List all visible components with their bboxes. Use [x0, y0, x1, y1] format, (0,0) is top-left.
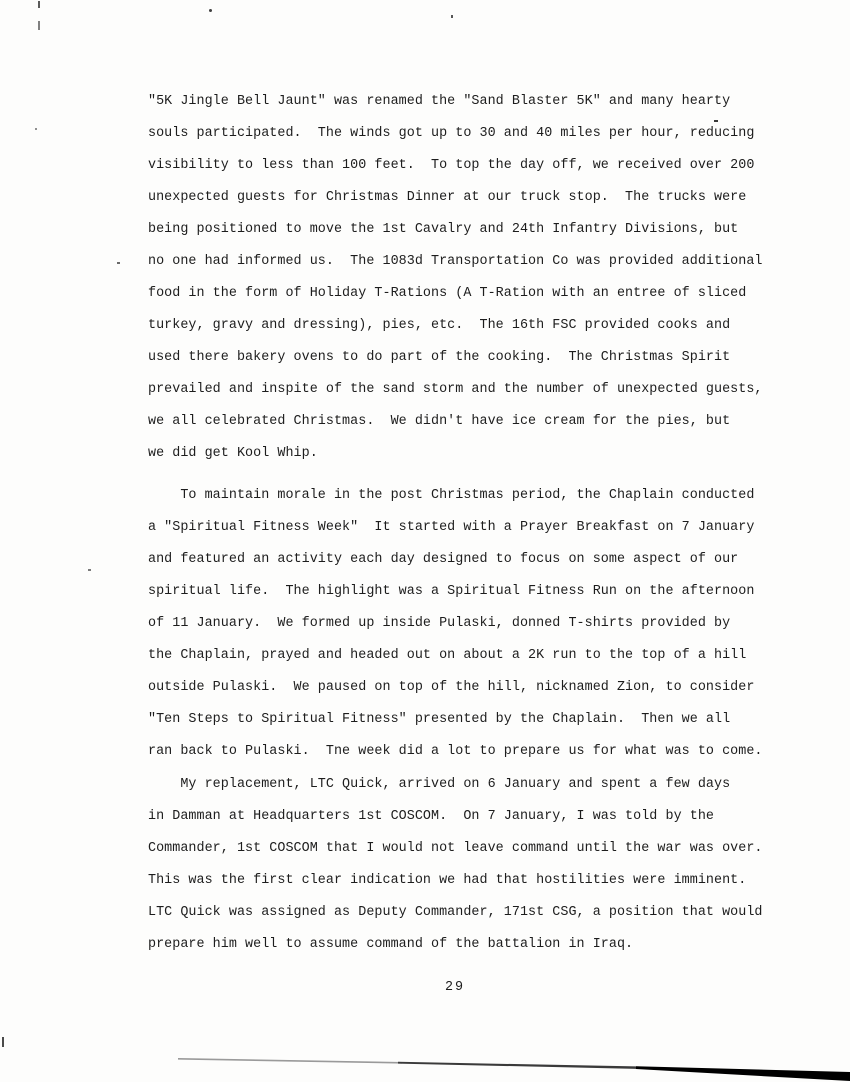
scan-speck — [714, 120, 718, 122]
scan-speck — [38, 1, 40, 8]
scan-speck — [2, 1037, 4, 1047]
paragraph-1: "5K Jingle Bell Jaunt" was renamed the "… — [148, 86, 763, 470]
paragraph-2: To maintain morale in the post Christmas… — [148, 480, 763, 768]
scan-speck — [88, 569, 91, 571]
scan-speck — [451, 15, 453, 18]
document-page: "5K Jingle Bell Jaunt" was renamed the "… — [0, 0, 850, 1082]
scan-speck — [35, 128, 37, 130]
page-edge-artifact — [0, 1050, 850, 1082]
scan-speck — [209, 9, 212, 12]
scan-speck — [38, 21, 40, 30]
scan-speck — [117, 262, 120, 264]
paragraph-3: My replacement, LTC Quick, arrived on 6 … — [148, 769, 763, 961]
page-number: 29 — [148, 972, 762, 1004]
